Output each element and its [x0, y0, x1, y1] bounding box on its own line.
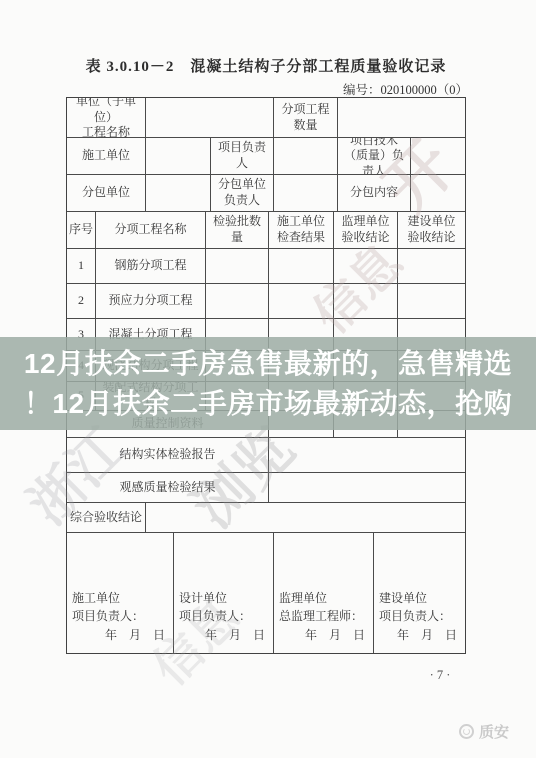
signature-org: 监理单位: [279, 589, 327, 607]
signature-date: 年 月 日: [179, 626, 270, 644]
col-header-owner-conclusion: 建设单位 验收结论: [398, 212, 465, 248]
table-row: 单位（子单位） 工程名称 分项工程 数量: [67, 98, 465, 138]
batch-count-cell: [206, 284, 269, 318]
table-title: 表 3.0.10－2 混凝土结构子分部工程质量验收记录: [66, 55, 466, 76]
signature-date: 年 月 日: [279, 626, 370, 644]
appearance-quality-value: [269, 473, 465, 502]
subcontract-content-label: 分包内容: [338, 175, 411, 211]
subcontractor-label: 分包单位: [67, 175, 146, 211]
appearance-quality-row: 观感质量检验结果: [67, 473, 465, 503]
batch-count-cell: [206, 249, 269, 283]
page-number: · 7 ·: [405, 668, 475, 683]
owner-conclusion-cell: [398, 284, 465, 318]
quality-seal-icon: [459, 724, 474, 739]
subitem-name: 钢筋分项工程: [96, 249, 206, 283]
col-header-number: 序号: [67, 212, 96, 248]
subcontractor-manager-label: 分包单位 负责人: [211, 175, 274, 211]
footer-logo-text: 质安: [479, 721, 509, 742]
signature-cell-supervision: 监理单位 总监理工程师： 年 月 日: [274, 533, 374, 653]
table-row: 2 预应力分项工程: [67, 284, 465, 319]
overall-conclusion-value: [146, 503, 465, 532]
signature-cell-design: 设计单位 项目负责人： 年 月 日: [174, 533, 274, 653]
promo-headline-line1: 12月扶余二手房急售最新的，急售精选: [24, 344, 512, 384]
subcontractor-value: [146, 175, 211, 211]
signature-date: 年 月 日: [379, 626, 462, 644]
signature-org: 建设单位: [379, 589, 427, 607]
row-number: 1: [67, 249, 96, 283]
grid-header-row: 序号 分项工程名称 检验批数量 施工单位 检查结果 监理单位 验收结论 建设单位…: [67, 212, 465, 249]
col-header-supervisor-conclusion: 监理单位 验收结论: [334, 212, 398, 248]
signature-org: 设计单位: [179, 589, 227, 607]
promo-overlay-banner: 12月扶余二手房急售最新的，急售精选 ！12月扶余二手房市场最新动态，抢购: [0, 337, 536, 430]
appearance-quality-label: 观感质量检验结果: [67, 473, 269, 502]
signature-date: 年 月 日: [72, 626, 170, 644]
table-row: 分包单位 分包单位 负责人 分包内容: [67, 175, 465, 212]
subitem-quantity-value: [338, 98, 465, 137]
project-manager-value: [274, 138, 338, 174]
structure-report-row: 结构实体检验报告: [67, 438, 465, 473]
signature-role: 项目负责人：: [179, 607, 251, 625]
row-number: 2: [67, 284, 96, 318]
subcontractor-manager-value: [274, 175, 338, 211]
project-manager-label: 项目负责人: [211, 138, 274, 174]
supervisor-conclusion-cell: [334, 249, 398, 283]
technical-manager-value: [411, 138, 465, 174]
signature-cell-owner: 建设单位 项目负责人： 年 月 日: [374, 533, 465, 653]
contractor-result-cell: [269, 249, 334, 283]
signature-role: 项目负责人：: [379, 607, 451, 625]
technical-manager-label: 项目技术 （质量）负责人: [338, 138, 411, 174]
document-number: 编号：020100000（0）: [66, 80, 468, 98]
promo-headline-line2: ！12月扶余二手房市场最新动态，抢购: [24, 384, 512, 424]
subitem-name: 预应力分项工程: [96, 284, 206, 318]
scanned-document-page: 表 3.0.10－2 混凝土结构子分部工程质量验收记录 编号：020100000…: [0, 0, 536, 758]
col-header-batch-count: 检验批数量: [206, 212, 269, 248]
signature-org: 施工单位: [72, 589, 120, 607]
signature-row: 施工单位 项目负责人： 年 月 日 设计单位 项目负责人： 年 月 日 监理单位…: [67, 533, 465, 653]
col-header-contractor-result: 施工单位 检查结果: [269, 212, 334, 248]
unit-project-name-label: 单位（子单位） 工程名称: [67, 98, 146, 137]
col-header-subitem-name: 分项工程名称: [96, 212, 206, 248]
footer-logo: 质安: [459, 721, 509, 742]
unit-project-name-value: [146, 98, 274, 137]
construction-unit-label: 施工单位: [67, 138, 146, 174]
table-row: 1 钢筋分项工程: [67, 249, 465, 284]
table-row: 施工单位 项目负责人 项目技术 （质量）负责人: [67, 138, 465, 175]
contractor-result-cell: [269, 284, 334, 318]
signature-cell-construction: 施工单位 项目负责人： 年 月 日: [67, 533, 174, 653]
owner-conclusion-cell: [398, 249, 465, 283]
signature-role: 项目负责人：: [72, 607, 144, 625]
overall-conclusion-label: 综合验收结论: [67, 503, 146, 532]
signature-role: 总监理工程师：: [279, 607, 363, 625]
construction-unit-value: [146, 138, 211, 174]
structure-report-label: 结构实体检验报告: [67, 438, 269, 472]
structure-report-value: [269, 438, 465, 472]
subitem-quantity-label: 分项工程 数量: [274, 98, 338, 137]
overall-conclusion-row: 综合验收结论: [67, 503, 465, 533]
subcontract-content-value: [411, 175, 465, 211]
supervisor-conclusion-cell: [334, 284, 398, 318]
